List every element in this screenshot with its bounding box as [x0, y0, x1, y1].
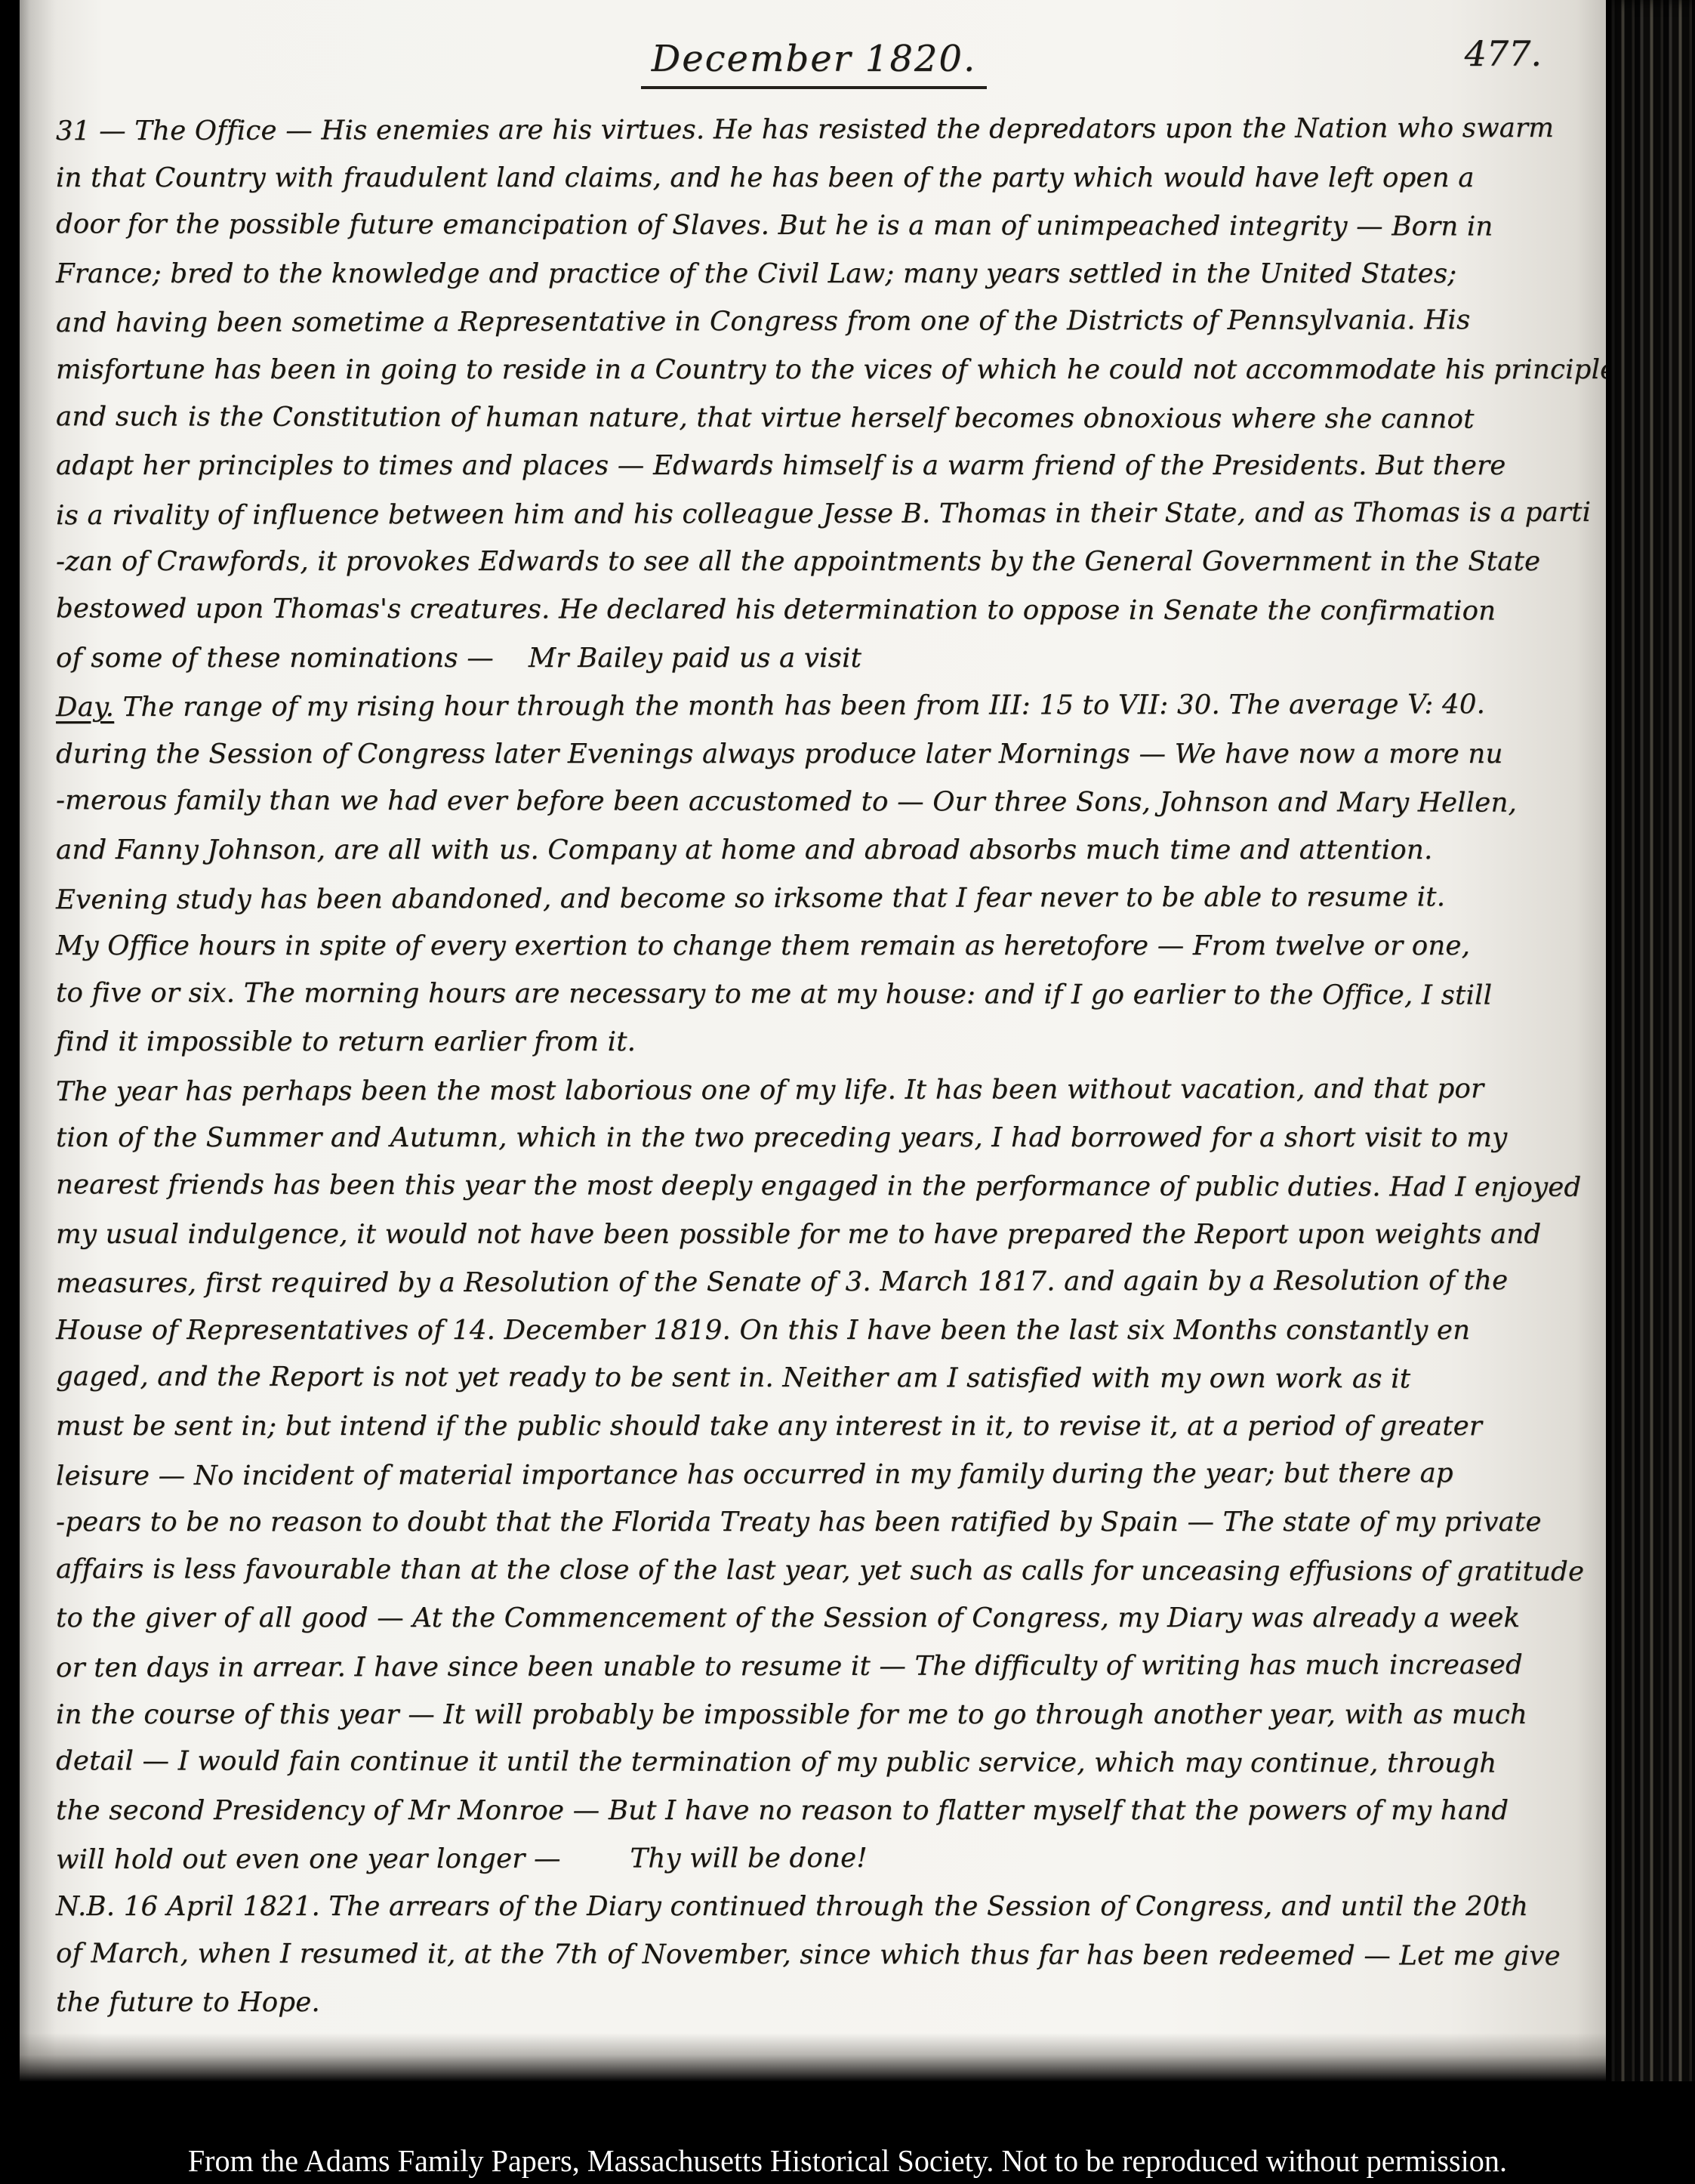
manuscript-lines: 31 — The Office — His enemies are his vi… [56, 106, 1583, 2027]
book-spine [1606, 0, 1695, 2184]
manuscript-line: gaged, and the Report is not yet ready t… [56, 1353, 1583, 1404]
manuscript-line: -zan of Crawfords, it provokes Edwards t… [56, 538, 1583, 586]
manuscript-line: and having been sometime a Representativ… [56, 296, 1583, 347]
manuscript-line: or ten days in arrear. I have since been… [56, 1641, 1583, 1692]
manuscript-line: Evening study has been abandoned, and be… [56, 872, 1583, 924]
archive-caption-text: From the Adams Family Papers, Massachuse… [188, 2137, 1507, 2184]
manuscript-line: my usual indulgence, it would not have b… [56, 1211, 1583, 1259]
manuscript-line: find it impossible to return earlier fro… [56, 1018, 1583, 1066]
manuscript-line: N.B. 16 April 1821. The arrears of the D… [56, 1883, 1583, 1931]
page-header: December 1820. [20, 38, 1608, 89]
manuscript-line: affairs is less favourable than at the c… [56, 1545, 1583, 1596]
manuscript-line: to the giver of all good — At the Commen… [56, 1594, 1583, 1643]
manuscript-line: the second Presidency of Mr Monroe — But… [56, 1787, 1583, 1835]
manuscript-line: will hold out even one year longer — Thy… [56, 1833, 1583, 1884]
month-year-title: December 1820. [641, 38, 987, 89]
manuscript-line: nearest friends has been this year the m… [56, 1161, 1583, 1211]
scanned-diary-page: December 1820. 477. 31 — The Office — Hi… [0, 0, 1695, 2184]
manuscript-line: door for the possible future emancipatio… [56, 200, 1583, 251]
manuscript-line: in the course of this year — It will pro… [56, 1691, 1583, 1739]
manuscript-line: must be sent in; but intend if the publi… [56, 1402, 1583, 1451]
manuscript-line: -pears to be no reason to doubt that the… [56, 1498, 1583, 1547]
manuscript-line: adapt her principles to times and places… [56, 442, 1583, 490]
manuscript-line: House of Representatives of 14. December… [56, 1306, 1583, 1355]
manuscript-line: is a rivality of influence between him a… [56, 489, 1583, 540]
manuscript-line: leisure — No incident of material import… [56, 1449, 1583, 1501]
manuscript-line: The year has perhaps been the most labor… [56, 1065, 1583, 1116]
page-number: 477. [1465, 33, 1542, 74]
manuscript-line: 31 — The Office — His enemies are his vi… [56, 104, 1583, 156]
manuscript-line: My Office hours in spite of every exerti… [56, 922, 1583, 970]
manuscript-line: -merous family than we had ever before b… [56, 777, 1583, 828]
manuscript-line: to five or six. The morning hours are ne… [56, 969, 1583, 1020]
manuscript-line: of some of these nominations — Mr Bailey… [56, 634, 1583, 683]
manuscript-line: Day. The range of my rising hour through… [56, 680, 1583, 732]
manuscript-line: measures, first required by a Resolution… [56, 1257, 1583, 1308]
manuscript-line: detail — I would fain continue it until … [56, 1737, 1583, 1788]
manuscript-line: and Fanny Johnson, are all with us. Comp… [56, 826, 1583, 875]
manuscript-line: during the Session of Congress later Eve… [56, 730, 1583, 779]
manuscript-line: in that Country with fraudulent land cla… [56, 154, 1583, 202]
manuscript-line: of March, when I resumed it, at the 7th … [56, 1930, 1583, 1980]
manuscript-line: tion of the Summer and Autumn, which in … [56, 1114, 1583, 1162]
manuscript-line: the future to Hope. [56, 1979, 1583, 2027]
manuscript-line: France; bred to the knowledge and practi… [56, 250, 1583, 298]
manuscript-line: and such is the Constitution of human na… [56, 393, 1583, 443]
manuscript-line: bestowed upon Thomas's creatures. He dec… [56, 585, 1583, 635]
manuscript-line: misfortune has been in going to reside i… [56, 346, 1583, 394]
archive-caption-bar: From the Adams Family Papers, Massachuse… [0, 2081, 1695, 2184]
manuscript-paper: December 1820. 477. 31 — The Office — Hi… [20, 0, 1608, 2081]
